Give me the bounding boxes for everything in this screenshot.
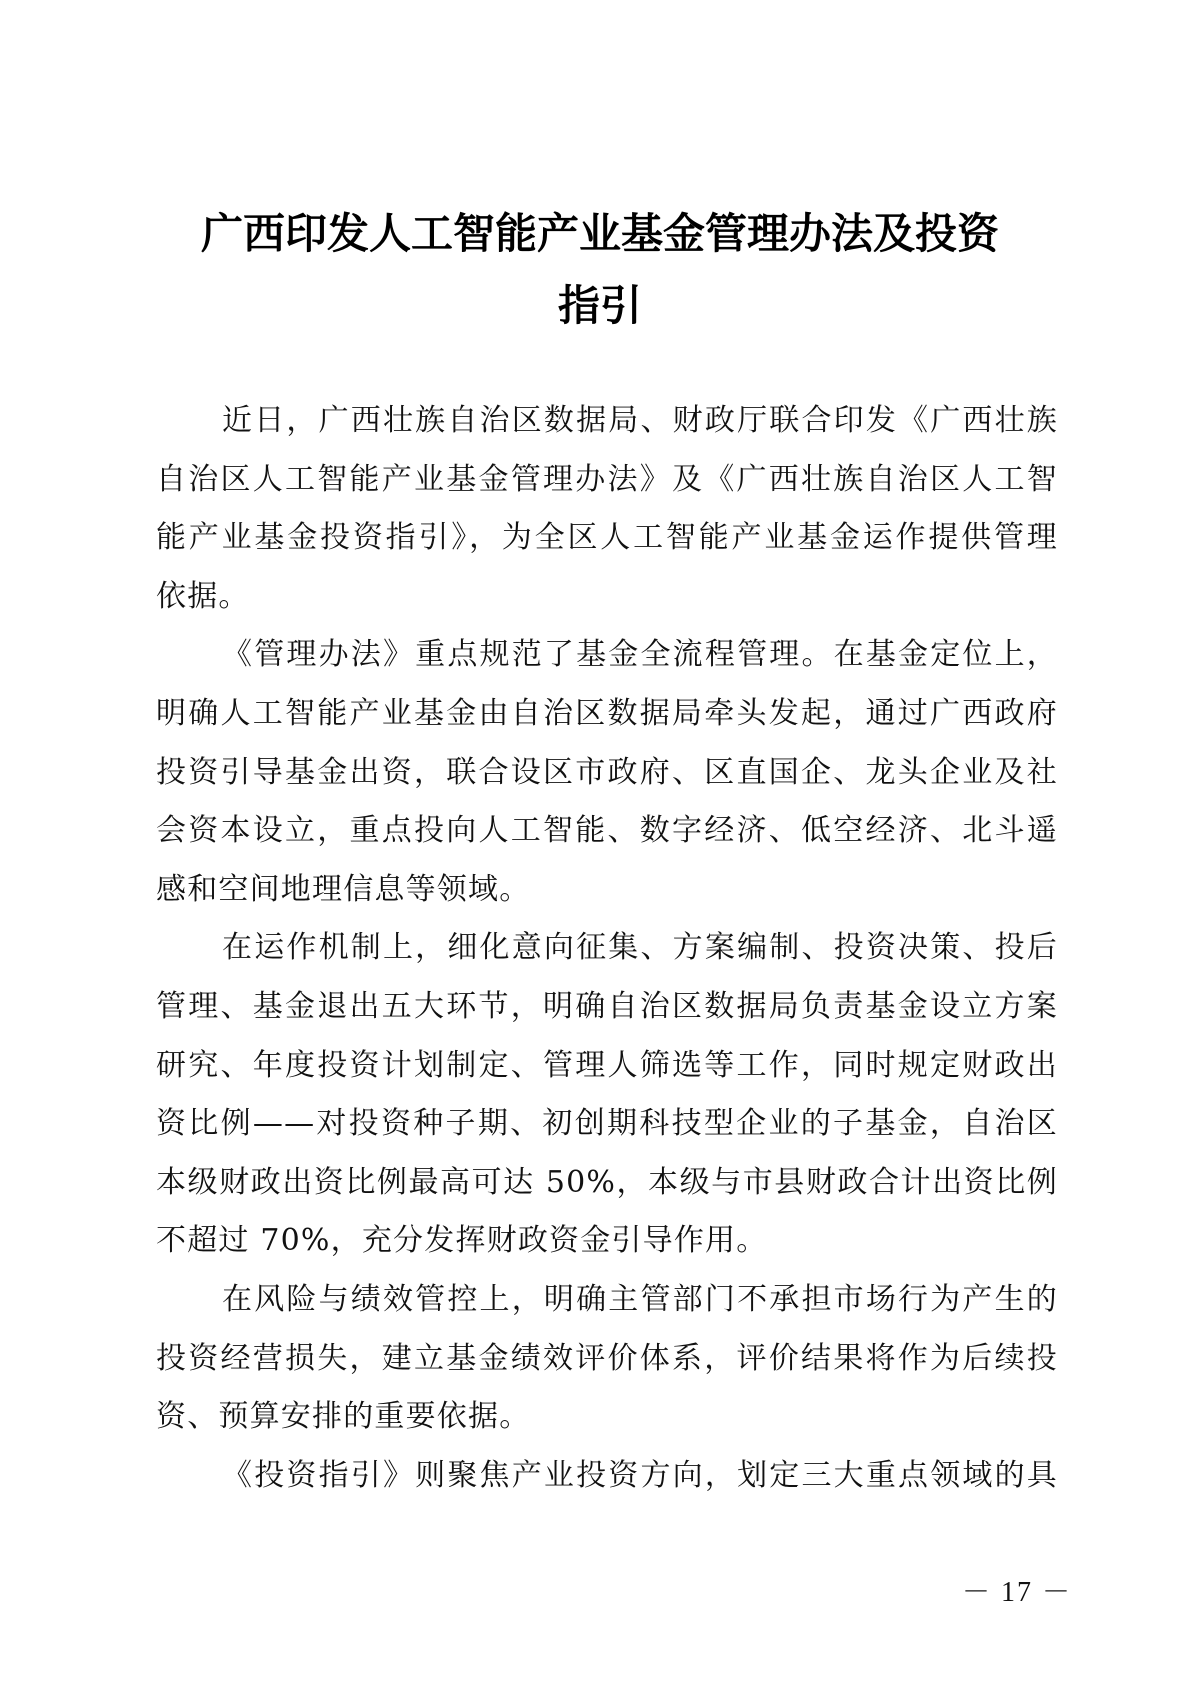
text-line: 在运作机制上，细化意向征集、方案编制、投资决策、投后 — [156, 919, 1058, 978]
paragraph-1: 近日，广西壮族自治区数据局、财政厅联合印发《广西壮族 自治区人工智能产业基金管理… — [156, 392, 1058, 626]
text-line: 自治区人工智能产业基金管理办法》及《广西壮族自治区人工智 — [156, 451, 1058, 510]
text-line: 在风险与绩效管控上，明确主管部门不承担市场行为产生的 — [156, 1271, 1058, 1330]
text-line: 能产业基金投资指引》，为全区人工智能产业基金运作提供管理 — [156, 509, 1058, 568]
text-line: 近日，广西壮族自治区数据局、财政厅联合印发《广西壮族 — [156, 392, 1058, 451]
text-line: 研究、年度投资计划制定、管理人筛选等工作，同时规定财政出 — [156, 1037, 1058, 1096]
paragraph-4: 在风险与绩效管控上，明确主管部门不承担市场行为产生的 投资经营损失，建立基金绩效… — [156, 1271, 1058, 1447]
text-line: 管理、基金退出五大环节，明确自治区数据局负责基金设立方案 — [156, 978, 1058, 1037]
text-line: 本级财政出资比例最高可达 50%，本级与市县财政合计出资比例 — [156, 1154, 1058, 1213]
title-line-2: 指引 — [150, 270, 1050, 342]
text-line: 资比例——对投资种子期、初创期科技型企业的子基金，自治区 — [156, 1095, 1058, 1154]
document-title: 广西印发人工智能产业基金管理办法及投资 指引 — [150, 198, 1050, 342]
text-line: 《管理办法》重点规范了基金全流程管理。在基金定位上， — [156, 626, 1058, 685]
text-line: 依据。 — [156, 568, 1058, 627]
paragraph-3: 在运作机制上，细化意向征集、方案编制、投资决策、投后 管理、基金退出五大环节，明… — [156, 919, 1058, 1271]
title-line-1: 广西印发人工智能产业基金管理办法及投资 — [150, 198, 1050, 270]
text-line: 《投资指引》则聚焦产业投资方向，划定三大重点领域的具 — [156, 1447, 1058, 1506]
document-page: 广西印发人工智能产业基金管理办法及投资 指引 近日，广西壮族自治区数据局、财政厅… — [0, 0, 1201, 1689]
text-line: 投资经营损失，建立基金绩效评价体系，评价结果将作为后续投 — [156, 1330, 1058, 1389]
text-line: 明确人工智能产业基金由自治区数据局牵头发起，通过广西政府 — [156, 685, 1058, 744]
text-line: 会资本设立，重点投向人工智能、数字经济、低空经济、北斗遥 — [156, 802, 1058, 861]
document-body: 近日，广西壮族自治区数据局、财政厅联合印发《广西壮族 自治区人工智能产业基金管理… — [156, 392, 1058, 1505]
text-line: 投资引导基金出资，联合设区市政府、区直国企、龙头企业及社 — [156, 744, 1058, 803]
page-number: － 17 － — [962, 1570, 1072, 1610]
paragraph-5: 《投资指引》则聚焦产业投资方向，划定三大重点领域的具 — [156, 1447, 1058, 1506]
paragraph-2: 《管理办法》重点规范了基金全流程管理。在基金定位上， 明确人工智能产业基金由自治… — [156, 626, 1058, 919]
text-line: 不超过 70%，充分发挥财政资金引导作用。 — [156, 1212, 1058, 1271]
text-line: 资、预算安排的重要依据。 — [156, 1388, 1058, 1447]
text-line: 感和空间地理信息等领域。 — [156, 861, 1058, 920]
